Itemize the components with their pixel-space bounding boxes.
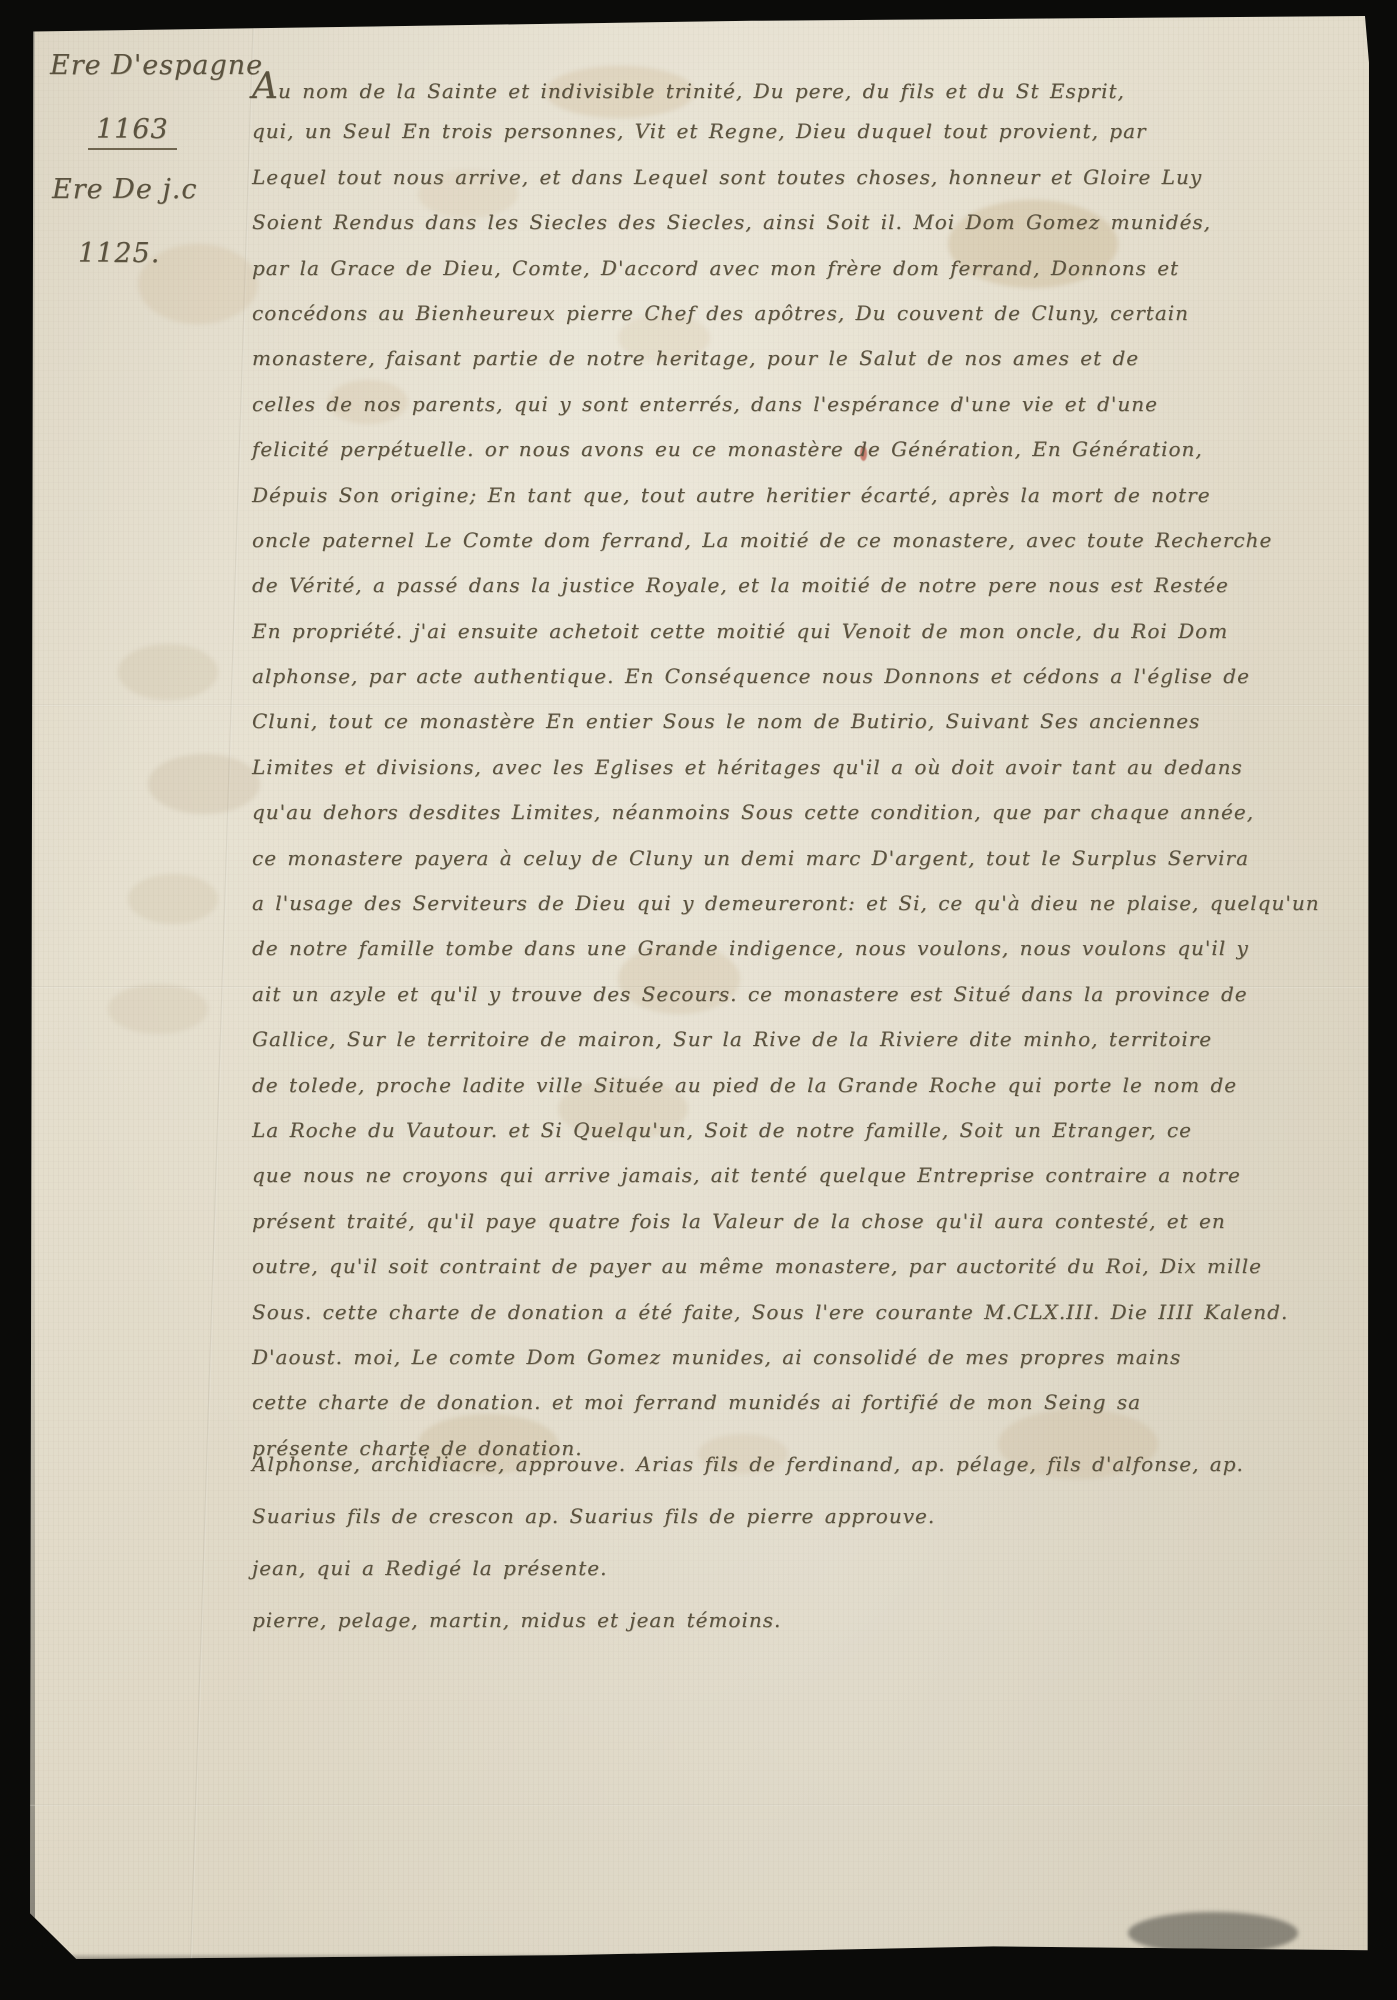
manuscript-line: En propriété. j'ai ensuite achetoit cett… bbox=[252, 609, 1362, 654]
manuscript-line: Sous. cette charte de donation a été fai… bbox=[252, 1290, 1362, 1335]
manuscript-line: de Vérité, a passé dans la justice Royal… bbox=[252, 563, 1362, 608]
manuscript-line: Limites et divisions, avec les Eglises e… bbox=[252, 745, 1362, 790]
horizontal-crease bbox=[28, 1804, 1369, 1806]
manuscript-line: Au nom de la Sainte et indivisible trini… bbox=[252, 64, 1362, 109]
approval-line: Suarius fils de crescon ap. Suarius fils… bbox=[252, 1490, 1362, 1542]
manuscript-page: Ere D'espagne 1163 Ere De j.c 1125. Au n… bbox=[28, 14, 1369, 1960]
approval-line: pierre, pelage, martin, midus et jean té… bbox=[252, 1594, 1362, 1646]
paper-bottom-edge bbox=[68, 1953, 1355, 1960]
manuscript-line: Soient Rendus dans les Siecles des Siecl… bbox=[252, 200, 1362, 245]
approval-line: Alphonse, archidiacre, approuve. Arias f… bbox=[252, 1438, 1362, 1490]
margin-note-year-1125: 1125. bbox=[78, 238, 160, 269]
manuscript-body: Au nom de la Sainte et indivisible trini… bbox=[252, 64, 1362, 1471]
manuscript-line: outre, qu'il soit contraint de payer au … bbox=[252, 1244, 1362, 1289]
manuscript-line: présent traité, qu'il paye quatre fois l… bbox=[252, 1199, 1362, 1244]
approval-line: jean, qui a Redigé la présente. bbox=[252, 1542, 1362, 1594]
paper-stain bbox=[128, 874, 218, 924]
manuscript-line: de notre famille tombe dans une Grande i… bbox=[252, 926, 1362, 971]
paper-stain bbox=[108, 984, 208, 1034]
manuscript-line: Gallice, Sur le territoire de mairon, Su… bbox=[252, 1017, 1362, 1062]
margin-note-year-1163: 1163 bbox=[88, 114, 177, 150]
manuscript-line: D'aoust. moi, Le comte Dom Gomez munides… bbox=[252, 1335, 1362, 1380]
manuscript-line: Lequel tout nous arrive, et dans Lequel … bbox=[252, 155, 1362, 200]
manuscript-line: de tolede, proche ladite ville Située au… bbox=[252, 1063, 1362, 1108]
margin-note-era-jc: Ere De j.c bbox=[52, 174, 197, 205]
paper-stain bbox=[118, 644, 218, 700]
manuscript-line: a l'usage des Serviteurs de Dieu qui y d… bbox=[252, 881, 1362, 926]
manuscript-line: cette charte de donation. et moi ferrand… bbox=[252, 1380, 1362, 1425]
bottom-edge-smudge bbox=[1128, 1912, 1298, 1954]
manuscript-line: que nous ne croyons qui arrive jamais, a… bbox=[252, 1153, 1362, 1198]
manuscript-line: qu'au dehors desdites Limites, néanmoins… bbox=[252, 790, 1362, 835]
manuscript-line: qui, un Seul En trois personnes, Vit et … bbox=[252, 109, 1362, 154]
manuscript-line: ait un azyle et qu'il y trouve des Secou… bbox=[252, 972, 1362, 1017]
manuscript-line: alphonse, par acte authentique. En Consé… bbox=[252, 654, 1362, 699]
manuscript-line: monastere, faisant partie de notre herit… bbox=[252, 336, 1362, 381]
manuscript-line: felicité perpétuelle. or nous avons eu c… bbox=[252, 427, 1362, 472]
witness-list: Alphonse, archidiacre, approuve. Arias f… bbox=[252, 1438, 1362, 1646]
manuscript-line: concédons au Bienheureux pierre Chef des… bbox=[252, 291, 1362, 336]
margin-note-era-espagne: Ere D'espagne bbox=[50, 50, 263, 81]
manuscript-line: oncle paternel Le Comte dom ferrand, La … bbox=[252, 518, 1362, 563]
manuscript-line: par la Grace de Dieu, Comte, D'accord av… bbox=[252, 246, 1362, 291]
manuscript-line: La Roche du Vautour. et Si Quelqu'un, So… bbox=[252, 1108, 1362, 1153]
manuscript-line: celles de nos parents, qui y sont enterr… bbox=[252, 382, 1362, 427]
manuscript-line: Cluni, tout ce monastère En entier Sous … bbox=[252, 699, 1362, 744]
manuscript-line: ce monastere payera à celuy de Cluny un … bbox=[252, 836, 1362, 881]
paper-stain bbox=[148, 754, 260, 814]
manuscript-line: Dépuis Son origine; En tant que, tout au… bbox=[252, 473, 1362, 518]
